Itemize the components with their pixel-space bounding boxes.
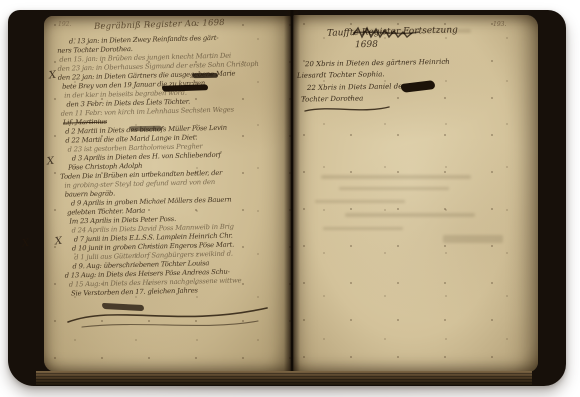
ink-flourish	[62, 294, 277, 330]
left-page-number: 192.	[58, 21, 71, 28]
ink-flourish	[303, 103, 393, 115]
ink-show-through	[323, 227, 403, 230]
left-page-handwriting: d. 13 jan: in Dieten Zwey Reinfandts des…	[55, 32, 291, 299]
ink-show-through	[345, 213, 475, 217]
book-gutter	[284, 10, 300, 386]
register-entry: 20 Xbris in Dieten des gärtners Heinrich	[305, 58, 450, 69]
margin-cross-mark: X	[21, 238, 29, 250]
margin-cross-mark: X	[46, 156, 54, 168]
register-entry: Liesardt Tochter Sophia.	[297, 70, 385, 80]
right-page: 193. Tauffte Register Fortsetzung 1698 2…	[293, 15, 538, 372]
left-page-stack-edge	[8, 10, 46, 386]
right-page-number: 193.	[493, 21, 506, 28]
right-page-stack-edge	[522, 10, 566, 386]
manuscript-line-crossed-out: Lif. Martinius	[63, 118, 107, 127]
bottom-page-stack-edge	[36, 371, 532, 386]
ink-show-through	[339, 187, 449, 190]
ink-show-through	[321, 175, 471, 179]
photo-of-open-register-book: 192. Begräbniß Register Ao: 1698 d. 13 j…	[0, 0, 580, 397]
margin-cross-mark: X	[54, 236, 62, 248]
ink-blot	[130, 126, 162, 132]
stain-mark	[443, 235, 503, 243]
left-page-heading: Begräbniß Register Ao: 1698	[94, 18, 225, 32]
ink-blot	[192, 73, 218, 78]
margin-cross-mark: X	[48, 70, 56, 82]
ink-scribble	[351, 23, 421, 43]
book: 192. Begräbniß Register Ao: 1698 d. 13 j…	[8, 10, 566, 386]
left-page: 192. Begräbniß Register Ao: 1698 d. 13 j…	[44, 16, 291, 372]
ink-show-through	[315, 200, 405, 203]
